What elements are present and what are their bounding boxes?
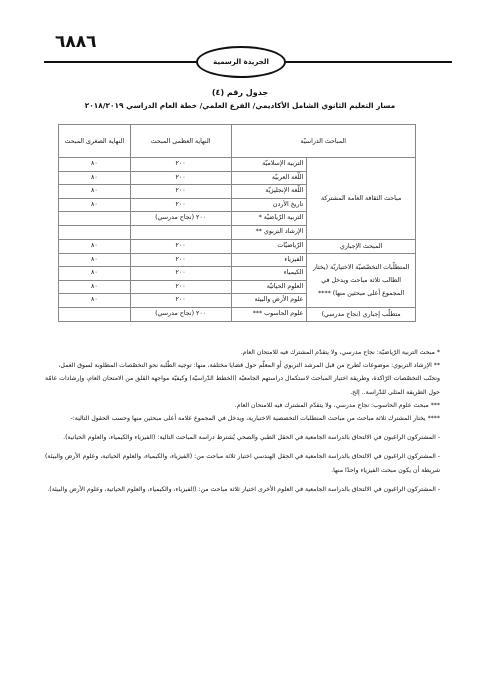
subject: الفيزياء (231, 253, 307, 267)
max-mark: ٢٠٠ (130, 185, 231, 199)
group-name: مباحث الثقافة العامة المشتركة (307, 158, 416, 240)
header-max: النهاية العظمى المبحث (130, 125, 231, 158)
min-mark: ٨٠ (59, 294, 131, 308)
min-mark: ٨٠ (59, 239, 131, 253)
page-number: ٦٨٨٦ (55, 32, 97, 52)
table-header-row: المباحث الدراسيّة النهاية العظمى المبحث … (59, 125, 416, 158)
min-mark: ٨٠ (59, 185, 131, 199)
min-mark: ٨٠ (59, 280, 131, 294)
subject: التربية الإسلاميّة (231, 158, 307, 172)
subject: اللّغة الإنجليزيّة (231, 185, 307, 199)
min-mark: ٨٠ (59, 267, 131, 281)
min-mark: ٨٠ (59, 158, 131, 172)
table-subtitle: مسار التعليم الثانوي الشامل الأكاديمي/ ا… (40, 101, 440, 110)
study-plan-table: المباحث الدراسيّة النهاية العظمى المبحث … (58, 124, 416, 322)
gazette-title: الجريدة الرسمية (213, 58, 269, 66)
header-subjects: المباحث الدراسيّة (231, 125, 415, 158)
max-mark: ٢٠٠ (130, 267, 231, 281)
table-row: المبحث الإجباري الرّياضيّات ٢٠٠ ٨٠ (59, 239, 416, 253)
footnotes: * مبحث التربية الرّياضيّة: نجاح مدرسي، و… (40, 346, 440, 496)
bullet-medical: - المشتركون الراغبون في الالتحاق بالدراس… (40, 431, 440, 444)
table-row: المتطلّبات التخصّصيّة الاختياريّة (يختار… (59, 253, 416, 267)
table-number: جدول رقم (٤) (0, 88, 480, 97)
subject: علوم الحاسوب *** (231, 307, 307, 321)
group-name: متطلّب إجباري (نجاح مدرسي) (307, 307, 416, 321)
subject: تاريخ الأردن (231, 198, 307, 212)
header-rule-left (44, 61, 196, 63)
max-mark: ٢٠٠ (130, 198, 231, 212)
max-mark: ٢٠٠ (130, 239, 231, 253)
min-mark: ٨٠ (59, 253, 131, 267)
subject: الإرشاد التربوي ** (231, 225, 307, 239)
max-mark: ٢٠٠ (نجاح مدرسي) (130, 212, 231, 226)
footnote-1: * مبحث التربية الرّياضيّة: نجاح مدرسي، و… (40, 346, 440, 359)
footnote-2: ** الإرشاد التربوي: موضوعات تُطرح من قبل… (40, 359, 440, 399)
min-mark: ٨٠ (59, 171, 131, 185)
max-mark: ٢٠٠ (130, 158, 231, 172)
max-mark: ٢٠٠ (130, 253, 231, 267)
max-mark: ٢٠٠ (130, 171, 231, 185)
min-mark (59, 225, 131, 239)
bullet-engineering: - المشتركون الراغبون في الالتحاق بالدراس… (40, 450, 440, 476)
max-mark: ٢٠٠ (نجاح مدرسي) (130, 307, 231, 321)
bullet-other: - المشتركون الراغبون في الالتحاق بالدراس… (40, 483, 440, 496)
subject: الكيمياء (231, 267, 307, 281)
gazette-emblem: الجريدة الرسمية (196, 46, 286, 78)
min-mark (59, 307, 131, 321)
subject: الرّياضيّات (231, 239, 307, 253)
header-min: النهاية الصغرى المبحث (59, 125, 131, 158)
subject: العلوم الحياتيّة (231, 280, 307, 294)
header-rule-right (286, 61, 452, 63)
max-mark (130, 225, 231, 239)
min-mark: ٨٠ (59, 198, 131, 212)
group-name: المبحث الإجباري (307, 239, 416, 253)
subject: اللّغة العربيّة (231, 171, 307, 185)
table-row: مباحث الثقافة العامة المشتركة التربية ال… (59, 158, 416, 172)
max-mark: ٢٠٠ (130, 294, 231, 308)
footnote-4: **** يختار المشترك ثلاثة مباحث من مباحث … (40, 412, 440, 425)
subject: علوم الأرض والبيئة (231, 294, 307, 308)
min-mark (59, 212, 131, 226)
group-name: المتطلّبات التخصّصيّة الاختياريّة (يختار… (307, 253, 416, 307)
footnote-3: *** مبحث علوم الحاسوب: نجاح مدرسي، ولا ي… (40, 399, 440, 412)
subject: التربية الرّياضيّة * (231, 212, 307, 226)
max-mark: ٢٠٠ (130, 280, 231, 294)
table-row: متطلّب إجباري (نجاح مدرسي) علوم الحاسوب … (59, 307, 416, 321)
